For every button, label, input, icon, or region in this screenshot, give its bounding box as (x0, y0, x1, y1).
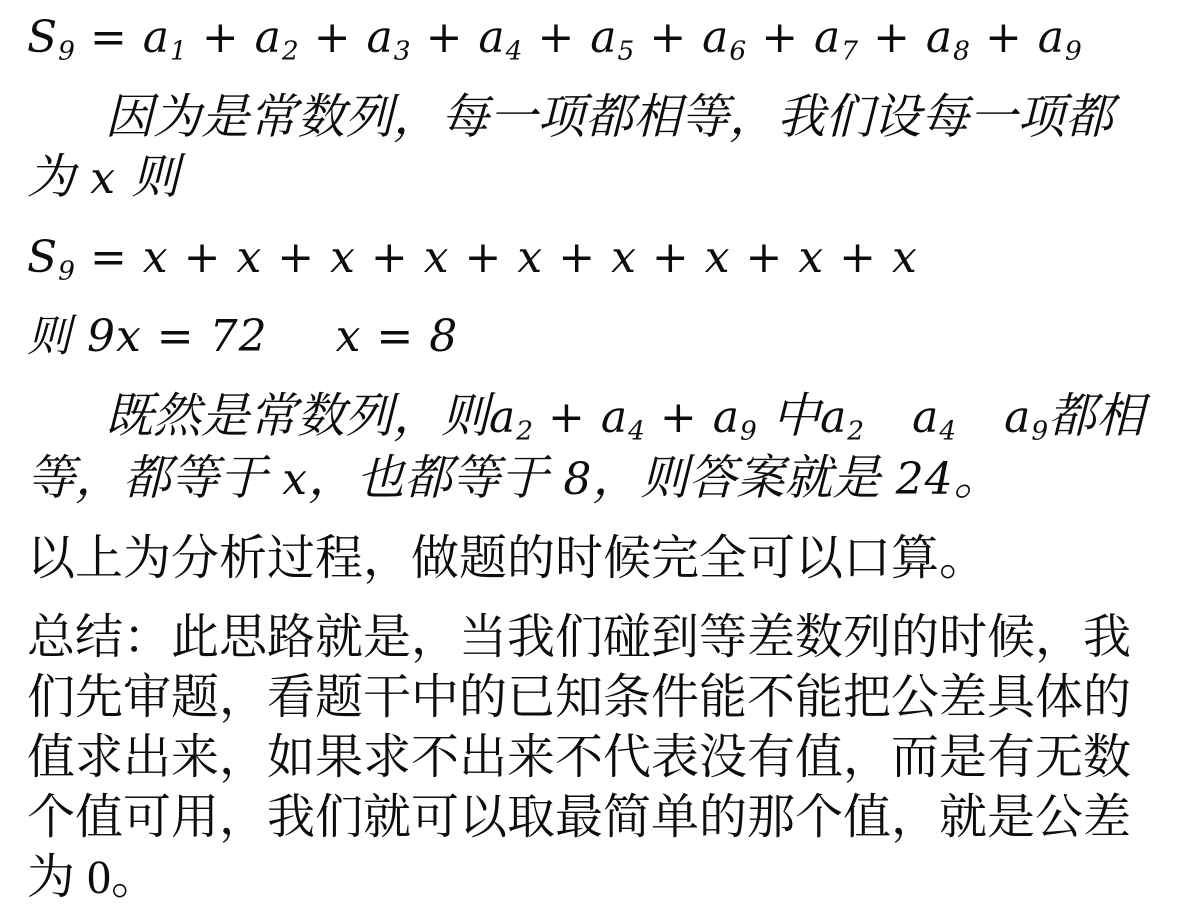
text-run: 中 (757, 388, 820, 444)
formula-s9-sum-x: S9 = x + x + x + x + x + x + x + x + x (27, 228, 1158, 288)
text-run: 则 (27, 311, 72, 362)
text-run: a9 (1004, 392, 1048, 443)
formula-9x-equals-72: 则 9x = 72 x = 8 (27, 307, 1158, 367)
para-since-constant-sequence: 既然是常数列，则a2 + a4 + a9 中a2 a4 a9都相等，都等于 x，… (27, 386, 1158, 510)
text-run: 。 (954, 450, 1002, 506)
formula-s9-sum-a: S9 = a1 + a2 + a3 + a4 + a5 + a6 + a7 + … (27, 8, 1158, 68)
text-run: S9 = x + x + x + x + x + x + x + x + x (27, 232, 918, 283)
text-run: a2 + a4 + a9 (489, 392, 757, 443)
text-run: 9x = 72 (72, 311, 268, 362)
text-run: 因为是常数列，每一项都相等，我们设每一项都为 (27, 89, 1113, 205)
text-run (864, 388, 912, 444)
text-run: 以上为分析过程，做题的时候完全可以口算。 (27, 532, 987, 585)
text-run: 24 (896, 454, 954, 505)
text-run: ，也都等于 (308, 450, 563, 506)
text-run: 既然是常数列，则 (105, 388, 489, 444)
para-analysis-note: 以上为分析过程，做题的时候完全可以口算。 (27, 529, 1158, 589)
text-run: 8 (563, 454, 592, 505)
text-run: S9 = a1 + a2 + a3 + a4 + a5 + a6 + a7 + … (27, 12, 1082, 63)
para-because-constant-sequence: 因为是常数列，每一项都相等，我们设每一项都为 x 则 (27, 87, 1158, 209)
text-run: x = 8 (268, 311, 459, 362)
text-run (956, 388, 1004, 444)
text-run: 总结：此思路就是，当我们碰到等差数列的时候，我们先审题，看题干中的已知条件能不能… (27, 611, 1131, 904)
document-page: S9 = a1 + a2 + a3 + a4 + a5 + a6 + a7 + … (0, 0, 1186, 919)
para-summary: 总结：此思路就是，当我们碰到等差数列的时候，我们先审题，看题干中的已知条件能不能… (27, 608, 1158, 908)
text-run: x (282, 454, 308, 505)
text-run: x (90, 153, 116, 204)
text-run: 则 (116, 149, 179, 205)
text-run: a2 (820, 392, 864, 443)
text-run: a4 (912, 392, 956, 443)
text-run: ，则答案就是 (592, 450, 895, 506)
